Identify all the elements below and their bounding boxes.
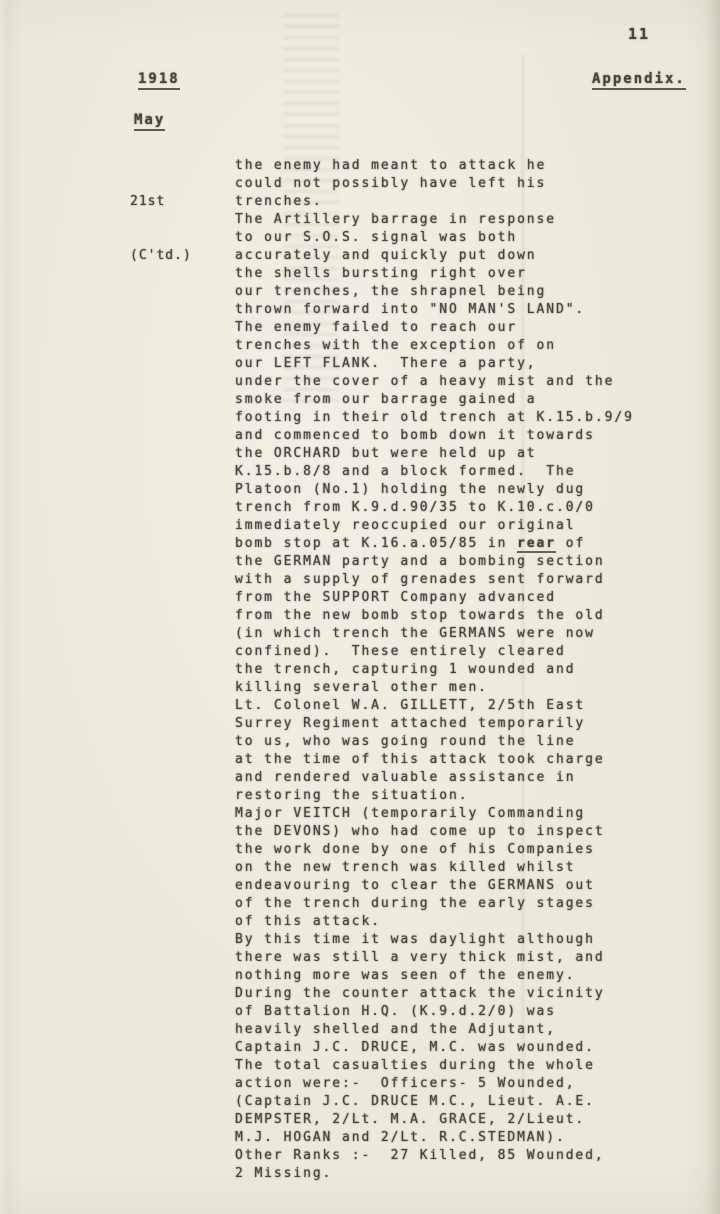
body-line: our LEFT FLANK. There a party, (235, 355, 675, 373)
body-line: The enemy failed to reach our (235, 319, 675, 337)
body-line: at the time of this attack took charge (235, 751, 675, 769)
body-line: the work done by one of his Companies (235, 841, 675, 859)
margin-date-note: 21st (C'td.) (130, 157, 192, 301)
body-line: The total casualties during the whole (235, 1057, 675, 1075)
body-line: action were:- Officers- 5 Wounded, (235, 1075, 675, 1093)
body-line: accurately and quickly put down (235, 247, 675, 265)
body-line: footing in their old trench at K.15.b.9/… (235, 409, 675, 427)
text-segment: of (556, 536, 585, 551)
body-line: By this time it was daylight although (235, 931, 675, 949)
body-line: trenches. (235, 193, 675, 211)
appendix-heading: Appendix. (592, 71, 686, 90)
body-line: confined). These entirely cleared (235, 643, 675, 661)
body-line: nothing more was seen of the enemy. (235, 967, 675, 985)
body-line: with a supply of grenades sent forward (235, 571, 675, 589)
body-line: the ORCHARD but were held up at (235, 445, 675, 463)
body-line: Lt. Colonel W.A. GILLETT, 2/5th East (235, 697, 675, 715)
body-line: 2 Missing. (235, 1165, 675, 1183)
body-line: trench from K.9.d.90/35 to K.10.c.0/0 (235, 499, 675, 517)
body-line: our trenches, the shrapnel being (235, 283, 675, 301)
body-line: killing several other men. (235, 679, 675, 697)
body-line: (Captain J.C. DRUCE M.C., Lieut. A.E. (235, 1093, 675, 1111)
body-line: Platoon (No.1) holding the newly dug (235, 481, 675, 499)
body-line: and commenced to bomb down it towards (235, 427, 675, 445)
body-line: on the new trench was killed whilst (235, 859, 675, 877)
body-line: immediately reoccupied our original (235, 517, 675, 535)
body-line: endeavouring to clear the GERMANS out (235, 877, 675, 895)
body-line: the shells bursting right over (235, 265, 675, 283)
underlined-word: rear (517, 536, 556, 553)
body-line: the enemy had meant to attack he (235, 157, 675, 175)
body-line: restoring the situation. (235, 787, 675, 805)
text-segment: bomb stop at K.16.a.05/85 in (235, 536, 517, 551)
diary-body-text: the enemy had meant to attack hecould no… (235, 157, 675, 1183)
body-line: The Artillery barrage in response (235, 211, 675, 229)
body-line: the DEVONS) who had come up to inspect (235, 823, 675, 841)
body-line: heavily shelled and the Adjutant, (235, 1021, 675, 1039)
body-line: Major VEITCH (temporarily Commanding (235, 805, 675, 823)
body-line: Surrey Regiment attached temporarily (235, 715, 675, 733)
body-line: to us, who was going round the line (235, 733, 675, 751)
year-heading: 1918 (138, 71, 180, 90)
body-line: Captain J.C. DRUCE, M.C. was wounded. (235, 1039, 675, 1057)
body-line: from the new bomb stop towards the old (235, 607, 675, 625)
body-line: bomb stop at K.16.a.05/85 in rear of (235, 535, 675, 553)
body-line: of Battalion H.Q. (K.9.d.2/0) was (235, 1003, 675, 1021)
body-line: During the counter attack the vicinity (235, 985, 675, 1003)
body-line: thrown forward into "NO MAN'S LAND". (235, 301, 675, 319)
body-line: could not possibly have left his (235, 175, 675, 193)
body-line: the trench, capturing 1 wounded and (235, 661, 675, 679)
body-line: smoke from our barrage gained a (235, 391, 675, 409)
body-line: Other Ranks :- 27 Killed, 85 Wounded, (235, 1147, 675, 1165)
body-line: to our S.O.S. signal was both (235, 229, 675, 247)
body-line: DEMPSTER, 2/Lt. M.A. GRACE, 2/Lieut. (235, 1111, 675, 1129)
body-line: M.J. HOGAN and 2/Lt. R.C.STEDMAN). (235, 1129, 675, 1147)
scanned-document-page: 11 1918 Appendix. May 21st (C'td.) the e… (0, 0, 720, 1214)
body-line: (in which trench the GERMANS were now (235, 625, 675, 643)
margin-day: 21st (130, 193, 192, 211)
month-heading: May (134, 112, 165, 131)
margin-continued: (C'td.) (130, 247, 192, 265)
body-line: and rendered valuable assistance in (235, 769, 675, 787)
body-line: there was still a very thick mist, and (235, 949, 675, 967)
body-line: of this attack. (235, 913, 675, 931)
body-line: under the cover of a heavy mist and the (235, 373, 675, 391)
body-line: the GERMAN party and a bombing section (235, 553, 675, 571)
page-number: 11 (628, 25, 650, 43)
body-line: from the SUPPORT Company advanced (235, 589, 675, 607)
body-line: K.15.b.8/8 and a block formed. The (235, 463, 675, 481)
body-line: trenches with the exception of on (235, 337, 675, 355)
body-line: of the trench during the early stages (235, 895, 675, 913)
